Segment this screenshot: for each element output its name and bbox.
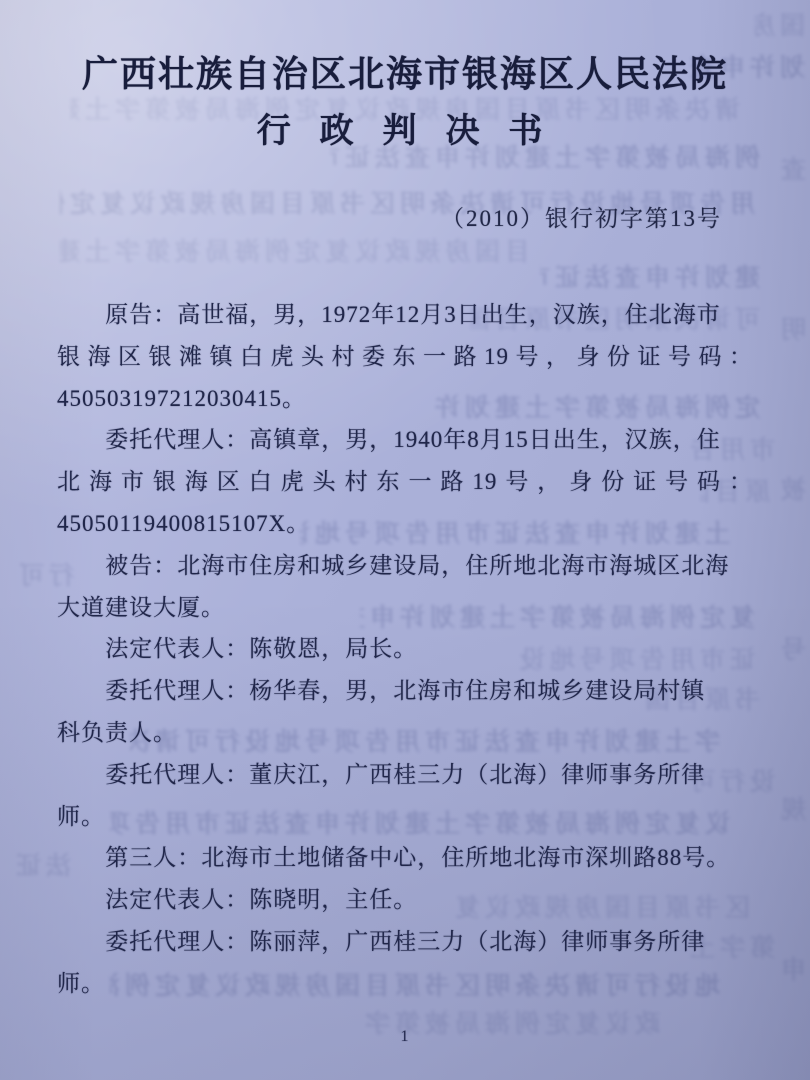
case-number: （2010）银行初字第13号 xyxy=(57,204,753,234)
body-line: 师。 xyxy=(57,796,753,838)
judgment-document-page: 国房划许申查请决条明区书原目国房规政议复定例海局被第字土建例海局被第字土建划许申… xyxy=(0,0,810,1080)
body-line: 委托代理人：陈丽萍，广西桂三力（北海）律师事务所律 xyxy=(57,921,753,963)
document-content: 广西壮族自治区北海市银海区人民法院 行政判决书 （2010）银行初字第13号 原… xyxy=(0,0,810,1080)
body-line: 银海区银滩镇白虎头村委东一路19号，身份证号码： xyxy=(57,336,753,378)
body-text: 原告：高世福，男，1972年12月3日出生，汉族，住北海市银海区银滩镇白虎头村委… xyxy=(57,294,753,1005)
body-line: 委托代理人：董庆江，广西桂三力（北海）律师事务所律 xyxy=(57,754,753,796)
body-line: 委托代理人：杨华春，男，北海市住房和城乡建设局村镇 xyxy=(57,670,753,712)
body-line: 第三人：北海市土地储备中心，住所地北海市深圳路88号。 xyxy=(57,837,753,879)
body-line: 450503197212030415。 xyxy=(57,378,753,420)
body-line: 原告：高世福，男，1972年12月3日出生，汉族，住北海市 xyxy=(57,294,753,336)
body-line: 大道建设大厦。 xyxy=(57,587,753,629)
body-line: 45050119400815107X。 xyxy=(57,503,753,545)
page-number: 1 xyxy=(0,1028,810,1046)
court-name: 广西壮族自治区北海市银海区人民法院 xyxy=(57,52,753,96)
body-line: 法定代表人：陈晓明，主任。 xyxy=(57,879,753,921)
body-line: 科负责人。 xyxy=(57,712,753,754)
body-line: 被告：北海市住房和城乡建设局，住所地北海市海城区北海 xyxy=(57,545,753,587)
body-line: 北海市银海区白虎头村东一路19号，身份证号码： xyxy=(57,461,753,503)
body-line: 委托代理人：高镇章，男，1940年8月15日出生，汉族，住 xyxy=(57,419,753,461)
document-title: 行政判决书 xyxy=(57,110,753,152)
body-line: 法定代表人：陈敬恩，局长。 xyxy=(57,628,753,670)
body-line: 师。 xyxy=(57,963,753,1005)
